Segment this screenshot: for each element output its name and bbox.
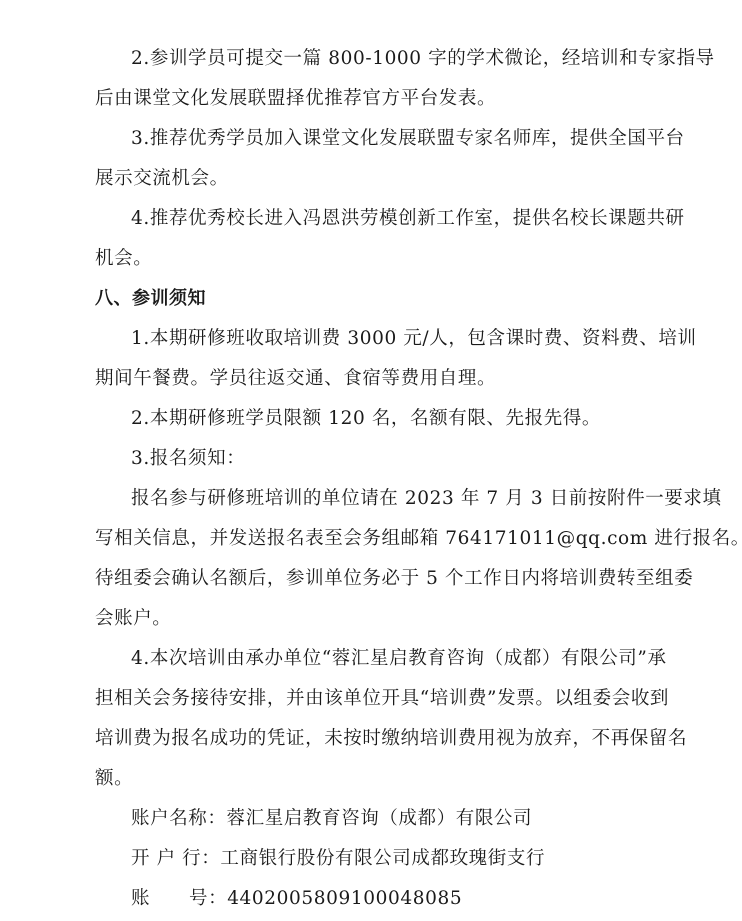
paragraph-notice-2-quota: 2.本期研修班学员限额 120 名，名额有限、先报先得。	[95, 399, 647, 439]
account-number-value: 4402005809100048085	[227, 888, 462, 909]
text-line: 期间午餐费。学员往返交通、食宿等费用自理。	[95, 359, 647, 399]
paragraph-notice-1-fee: 1.本期研修班收取培训费 3000 元/人，包含课时费、资料费、培训 期间午餐费…	[95, 319, 647, 399]
paragraph-notice-3-body: 报名参与研修班培训的单位请在 2023 年 7 月 3 日前按附件一要求填 写相…	[95, 479, 647, 639]
paragraph-item-3-expert-pool: 3.推荐优秀学员加入课堂文化发展联盟专家名师库，提供全国平台 展示交流机会。	[95, 119, 647, 199]
text-line: 报名参与研修班培训的单位请在 2023 年 7 月 3 日前按附件一要求填	[95, 479, 647, 519]
text-line: 4.本次培训由承办单位“蓉汇星启教育咨询（成都）有限公司”承	[95, 639, 647, 679]
account-name-label: 账户名称：	[131, 799, 227, 839]
paragraph-item-2-paper: 2.参训学员可提交一篇 800-1000 字的学术微论，经培训和专家指导 后由课…	[95, 39, 647, 119]
account-bank-label: 开 户 行：	[131, 839, 220, 879]
paragraph-notice-3-title: 3.报名须知：	[95, 439, 647, 479]
text-line: 1.本期研修班收取培训费 3000 元/人，包含课时费、资料费、培训	[95, 319, 647, 359]
text-line: 2.参训学员可提交一篇 800-1000 字的学术微论，经培训和专家指导	[95, 39, 647, 79]
text-line: 4.推荐优秀校长进入冯恩洪劳模创新工作室，提供名校长课题共研	[95, 199, 647, 239]
text-line: 会账户。	[95, 599, 647, 639]
document-page: 2.参训学员可提交一篇 800-1000 字的学术微论，经培训和专家指导 后由课…	[95, 39, 647, 919]
account-number-label: 账 号：	[131, 879, 227, 919]
text-line: 展示交流机会。	[95, 159, 647, 199]
text-line: 担相关会务接待安排，并由该单位开具“培训费”发票。以组委会收到	[95, 679, 647, 719]
account-name-value: 蓉汇星启教育咨询（成都）有限公司	[227, 808, 533, 829]
text-line: 3.推荐优秀学员加入课堂文化发展联盟专家名师库，提供全国平台	[95, 119, 647, 159]
account-info: 账户名称：蓉汇星启教育咨询（成都）有限公司 开 户 行：工商银行股份有限公司成都…	[95, 799, 647, 919]
text-line: 2.本期研修班学员限额 120 名，名额有限、先报先得。	[95, 399, 647, 439]
paragraph-notice-4-invoice: 4.本次培训由承办单位“蓉汇星启教育咨询（成都）有限公司”承 担相关会务接待安排…	[95, 639, 647, 799]
text-line: 3.报名须知：	[95, 439, 647, 479]
text-line: 待组委会确认名额后，参训单位务必于 5 个工作日内将培训费转至组委	[95, 559, 647, 599]
account-number-row: 账 号：4402005809100048085	[95, 879, 647, 919]
paragraph-item-4-studio: 4.推荐优秀校长进入冯恩洪劳模创新工作室，提供名校长课题共研 机会。	[95, 199, 647, 279]
text-line: 机会。	[95, 239, 647, 279]
account-bank-value: 工商银行股份有限公司成都玫瑰街支行	[220, 848, 545, 869]
account-bank-row: 开 户 行：工商银行股份有限公司成都玫瑰街支行	[95, 839, 647, 879]
text-line: 写相关信息，并发送报名表至会务组邮箱 764171011@qq.com 进行报名…	[95, 519, 647, 559]
section-heading: 八、参训须知	[95, 279, 647, 319]
text-line: 后由课堂文化发展联盟择优推荐官方平台发表。	[95, 79, 647, 119]
text-line: 培训费为报名成功的凭证，未按时缴纳培训费用视为放弃，不再保留名	[95, 719, 647, 759]
account-name-row: 账户名称：蓉汇星启教育咨询（成都）有限公司	[95, 799, 647, 839]
text-line: 额。	[95, 759, 647, 799]
